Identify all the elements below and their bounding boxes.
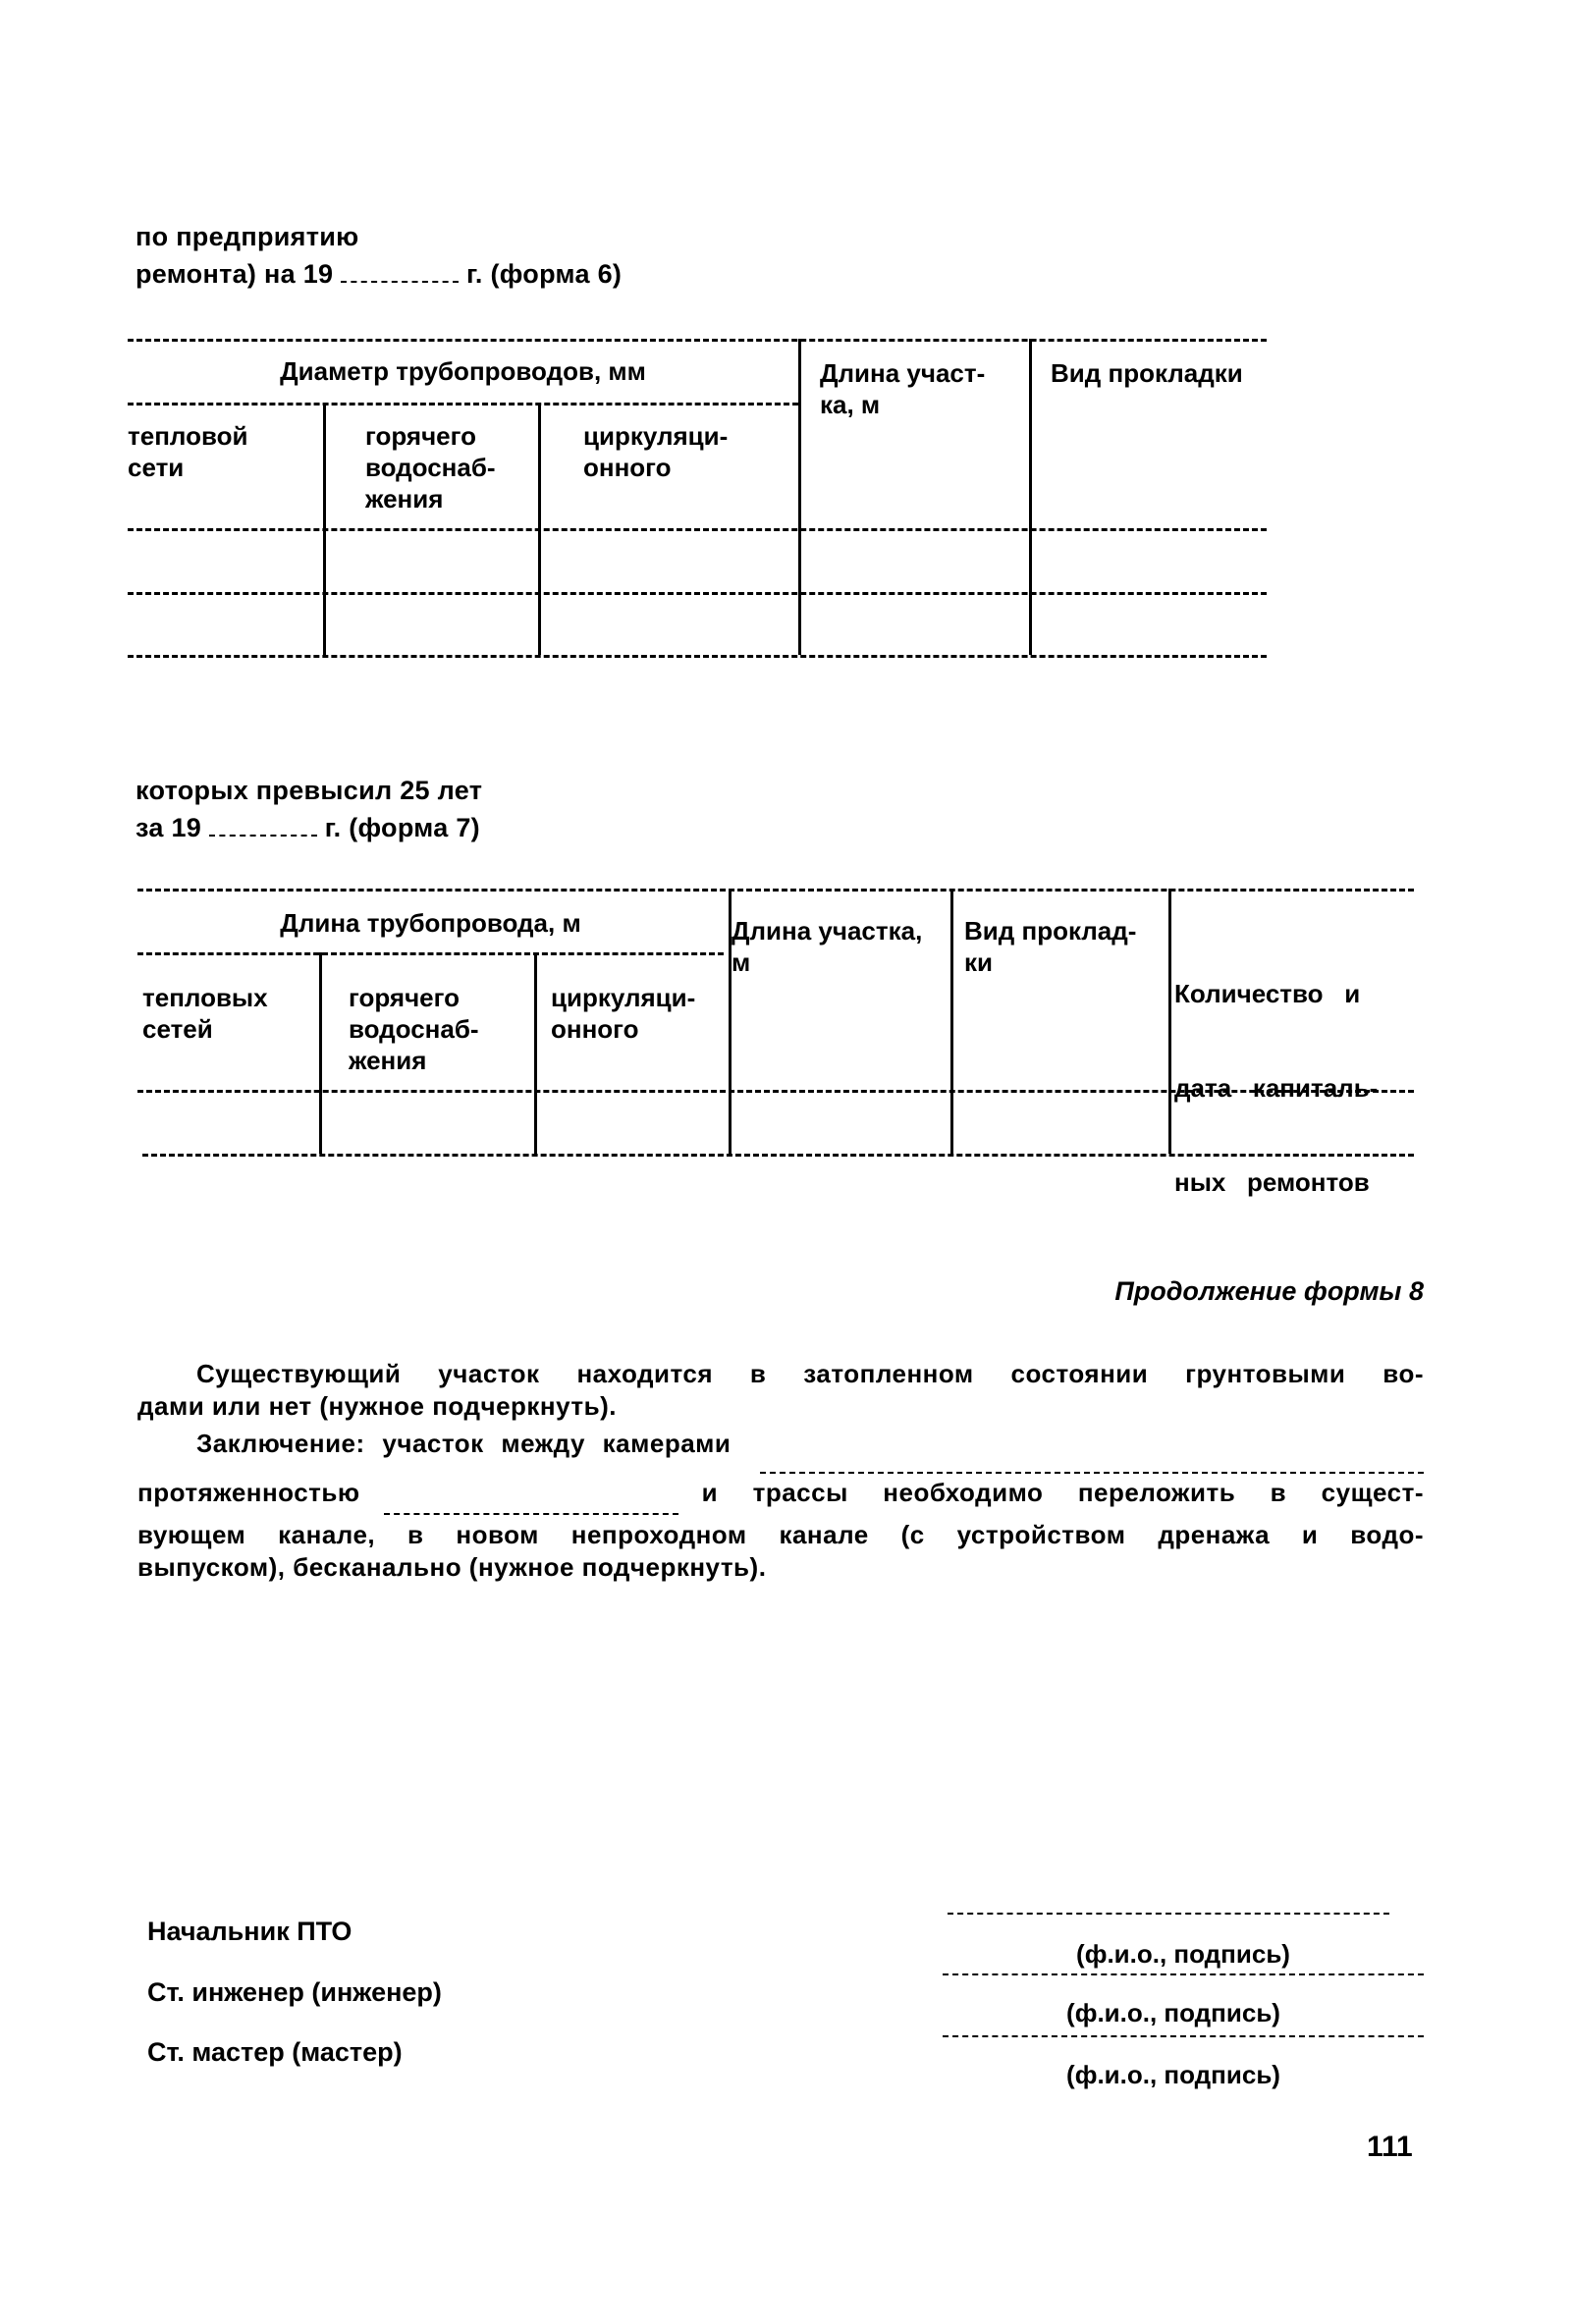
header-laying-type: Вид проклад- ки: [964, 915, 1166, 978]
form7-year-field[interactable]: [209, 811, 317, 837]
header-text: ки: [964, 946, 1166, 978]
header-text: тепловой: [128, 420, 319, 452]
table-cell[interactable]: [541, 531, 796, 590]
header-text: циркуляци-: [583, 420, 789, 452]
form7-heading-prefix: за 19: [136, 813, 201, 842]
form7-heading-suffix: г. (форма 7): [325, 813, 480, 842]
header-text: сети: [128, 452, 319, 483]
form8-body: Существующий участок находится в затопле…: [137, 1358, 1424, 1584]
header-text: тепловых: [142, 982, 314, 1013]
header-text: ка, м: [820, 389, 1026, 420]
header-hot-water: горячего водоснаб- жения: [365, 420, 532, 514]
extent-field[interactable]: [384, 1493, 678, 1515]
chambers-field[interactable]: [760, 1452, 1424, 1474]
table-subheader-divider: [137, 952, 724, 955]
signature-line-engineer[interactable]: [943, 1973, 1424, 1975]
header-circulation: циркуляци- онного: [551, 982, 728, 1045]
form7-heading: которых превысил 25 лет за 19 г. (форма …: [136, 772, 482, 846]
header-text: Длина участка,: [732, 915, 949, 946]
table-border-top: [128, 339, 1267, 342]
conclusion-line: Заключение: участок между камерами: [137, 1423, 1424, 1460]
table-cell[interactable]: [130, 531, 321, 590]
header-section-length: Длина участка, м: [732, 915, 949, 978]
table-border-top: [137, 889, 1414, 892]
conclusion-prefix: Заключение: участок между камерами: [196, 1428, 731, 1460]
header-text: жения: [365, 483, 532, 514]
header-text: сетей: [142, 1013, 314, 1045]
header-text: циркуляци-: [551, 982, 728, 1013]
header-text: горячего: [365, 420, 532, 452]
signature-role-engineer: Ст. инженер (инженер): [147, 1977, 442, 2008]
signature-line-pto-head[interactable]: [948, 1913, 1389, 1915]
form7-heading-line1: которых превысил 25 лет: [136, 772, 482, 809]
table-cell[interactable]: [1032, 595, 1266, 654]
table-cell[interactable]: [801, 595, 1027, 654]
header-text: водоснаб-: [349, 1013, 530, 1045]
table-cell[interactable]: [537, 1093, 727, 1152]
table-cell[interactable]: [326, 531, 536, 590]
header-text: жения: [349, 1045, 530, 1076]
signature-caption: (ф.и.о., подпись): [943, 1939, 1424, 1970]
table-cell[interactable]: [801, 531, 1027, 590]
header-text: онного: [583, 452, 789, 483]
header-pipe-diameter: Диаметр трубопроводов, мм: [128, 355, 798, 387]
header-text: горячего: [349, 982, 530, 1013]
header-text: онного: [551, 1013, 728, 1045]
header-text: Вид проклад-: [964, 915, 1166, 946]
header-capital-repairs: Количество и дата капиталь- ных ремонтов: [1174, 915, 1420, 1261]
table-cell[interactable]: [130, 595, 321, 654]
page-number: 111: [1367, 2131, 1413, 2164]
extent-line: протяженностью и трассы необходимо перел…: [137, 1474, 1424, 1509]
header-pipe-length: Длина трубопровода, м: [137, 907, 724, 939]
paragraph-flooded-line1: Существующий участок находится в затопле…: [137, 1358, 1424, 1390]
header-text: Длина участ-: [820, 357, 1026, 389]
table-cell[interactable]: [1032, 531, 1266, 590]
form6-heading-prefix: ремонта) на 19: [136, 259, 333, 289]
table-subheader-divider: [128, 403, 798, 405]
form6-heading-suffix: г. (форма 6): [466, 259, 622, 289]
header-heating-networks: тепловых сетей: [142, 982, 314, 1045]
header-heating-network: тепловой сети: [128, 420, 319, 483]
table-border-bottom: [128, 655, 1267, 658]
table-cell[interactable]: [732, 1093, 949, 1152]
signature-role-master: Ст. мастер (мастер): [147, 2037, 403, 2068]
paragraph-relay-line3: выпуском), бесканально (нужное подчеркну…: [137, 1551, 1424, 1584]
paragraph-flooded-line2: дами или нет (нужное подчеркнуть).: [137, 1390, 1424, 1423]
header-section-length: Длина участ- ка, м: [820, 357, 1026, 420]
signature-caption: (ф.и.о., подпись): [933, 1998, 1414, 2028]
paragraph-relay-line2: вующем канале, в новом непроходном канал…: [137, 1519, 1424, 1551]
form6-year-field[interactable]: [341, 257, 459, 283]
extent-prefix: протяженностью: [137, 1477, 360, 1509]
signature-line-master[interactable]: [943, 2035, 1424, 2037]
form7-heading-line2: за 19 г. (форма 7): [136, 809, 482, 846]
table-cell[interactable]: [541, 595, 796, 654]
signature-caption: (ф.и.о., подпись): [933, 2060, 1414, 2090]
form6-heading-line2: ремонта) на 19 г. (форма 6): [136, 255, 622, 293]
signature-role-pto-head: Начальник ПТО: [147, 1917, 352, 1947]
form6-heading-line1: по предприятию: [136, 218, 622, 255]
header-laying-type: Вид прокладки: [1051, 357, 1267, 389]
header-circulation: циркуляци- онного: [583, 420, 789, 483]
header-text: Количество и: [1174, 978, 1420, 1009]
header-text: водоснаб-: [365, 452, 532, 483]
header-text: ных ремонтов: [1174, 1166, 1420, 1198]
table-cell[interactable]: [1171, 1093, 1413, 1152]
continuation-label: Продолжение формы 8: [982, 1276, 1424, 1307]
table-cell[interactable]: [322, 1093, 532, 1152]
table-cell[interactable]: [142, 1093, 317, 1152]
form6-heading: по предприятию ремонта) на 19 г. (форма …: [136, 218, 622, 293]
header-hot-water: горячего водоснаб- жения: [349, 982, 530, 1076]
extent-suffix: и трассы необходимо переложить в сущест-: [702, 1477, 1424, 1509]
table-cell[interactable]: [953, 1093, 1166, 1152]
header-text: м: [732, 946, 949, 978]
table-cell[interactable]: [326, 595, 536, 654]
